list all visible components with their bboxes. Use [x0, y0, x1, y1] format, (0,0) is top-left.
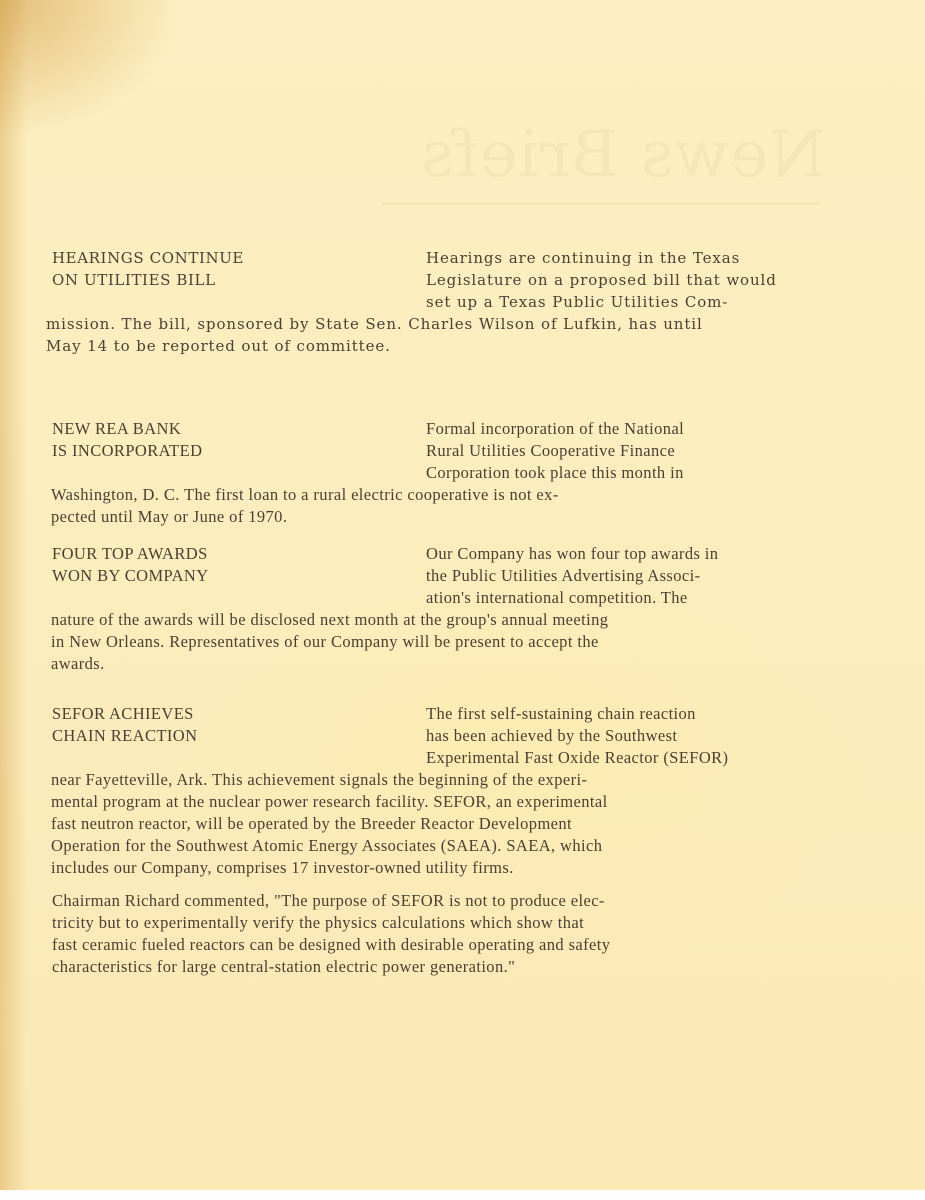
- news-item-rea-bank: NEW REA BANK IS INCORPORATED Formal inco…: [52, 418, 832, 528]
- news-lead: The first self-sustaining chain reaction…: [426, 703, 832, 769]
- reverse-side-showthrough: News Briefs: [420, 118, 825, 192]
- news-headline: SEFOR ACHIEVES CHAIN REACTION: [52, 703, 382, 747]
- news-headline: NEW REA BANK IS INCORPORATED: [52, 418, 382, 462]
- news-item-utilities-bill: HEARINGS CONTINUE ON UTILITIES BILL Hear…: [52, 247, 832, 357]
- news-lead: Hearings are continuing in the Texas Leg…: [426, 247, 832, 313]
- news-item-awards: FOUR TOP AWARDS WON BY COMPANY Our Compa…: [52, 543, 832, 675]
- reverse-side-rule: [382, 202, 820, 205]
- news-lead: Our Company has won four top awards in t…: [426, 543, 832, 609]
- scan-bottom-margin: [0, 1190, 925, 1200]
- closing-quote-paragraph: Chairman Richard commented, "The purpose…: [52, 890, 842, 978]
- news-headline: HEARINGS CONTINUE ON UTILITIES BILL: [52, 247, 382, 291]
- news-body: nature of the awards will be disclosed n…: [51, 609, 832, 675]
- news-body: mission. The bill, sponsored by State Se…: [46, 313, 832, 357]
- news-lead: Formal incorporation of the National Rur…: [426, 418, 832, 484]
- news-item-sefor: SEFOR ACHIEVES CHAIN REACTION The first …: [52, 703, 832, 879]
- news-headline: FOUR TOP AWARDS WON BY COMPANY: [52, 543, 382, 587]
- news-body: near Fayetteville, Ark. This achievement…: [51, 769, 832, 879]
- document-page: News Briefs HEARINGS CONTINUE ON UTILITI…: [0, 0, 925, 1190]
- news-body: Washington, D. C. The first loan to a ru…: [51, 484, 832, 528]
